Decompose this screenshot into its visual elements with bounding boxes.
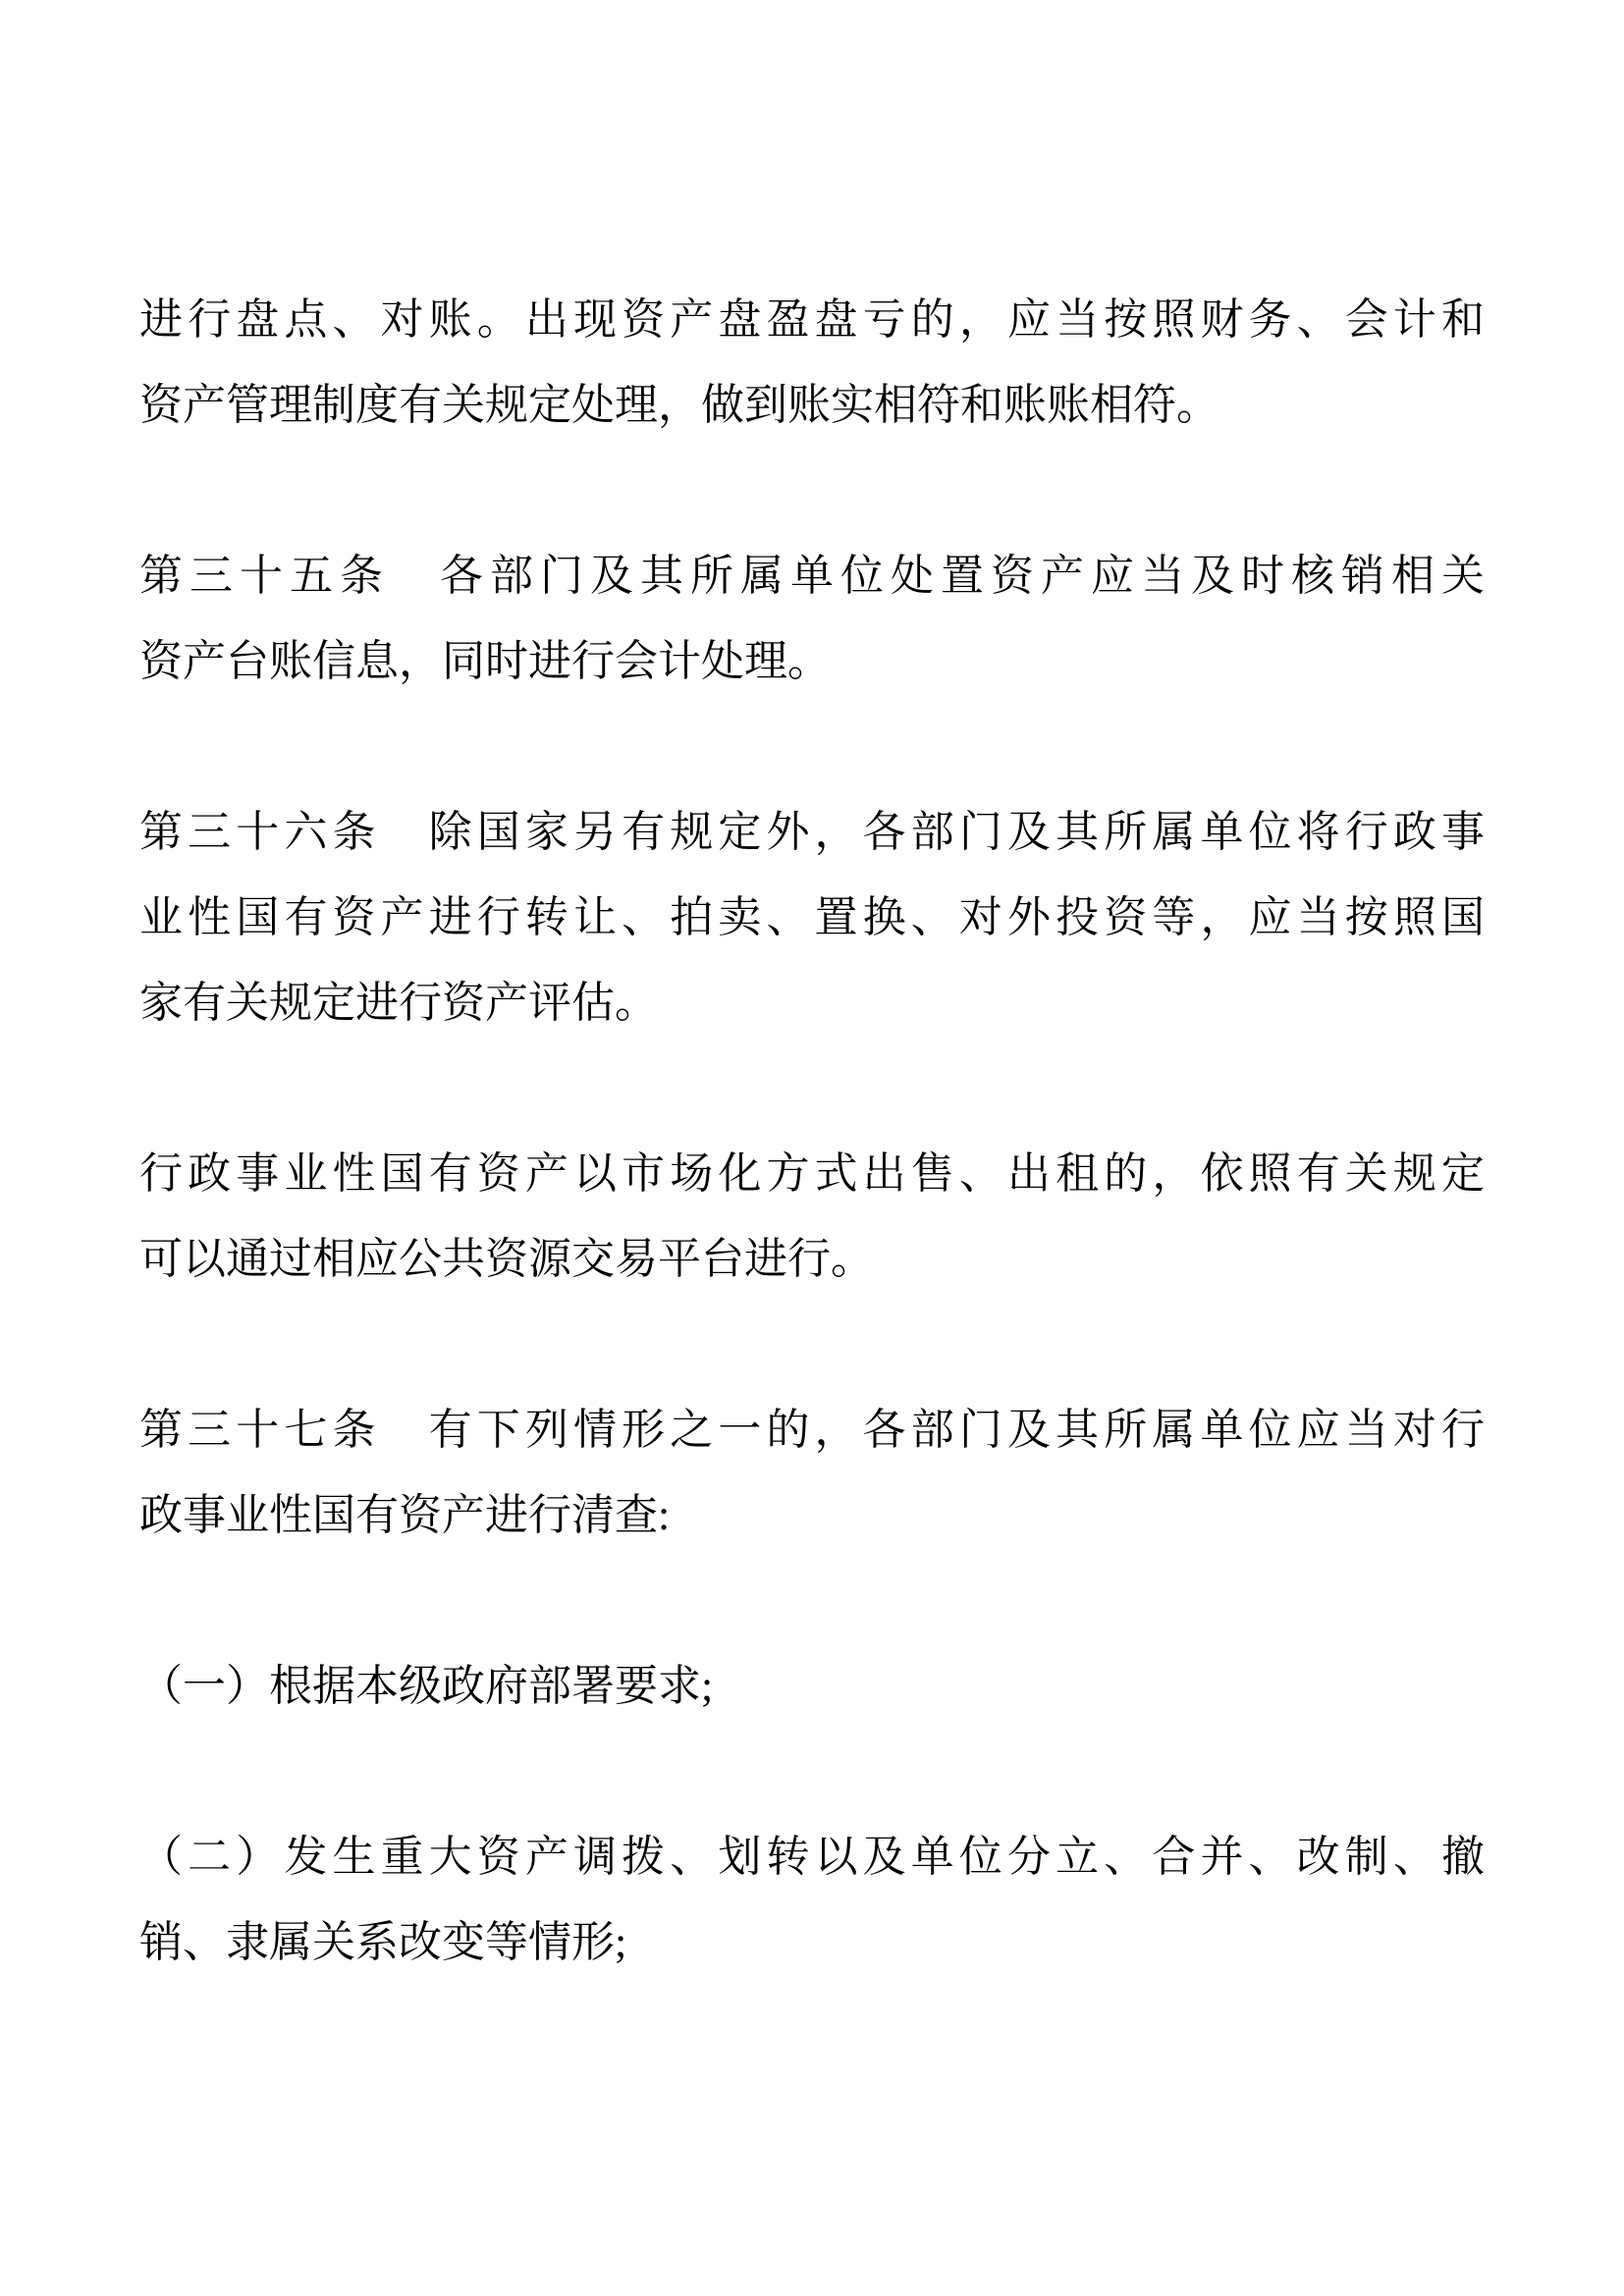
- document-page: 进行盘点、对账。出现资产盘盈盘亏的，应当按照财务、会计和资产管理制度有关规定处理…: [0, 0, 1624, 2296]
- text-line: （一）根据本级政府部署要求;: [139, 1643, 1485, 1729]
- article-36-paragraph-2: 行政事业性国有资产以市场化方式出售、出租的，依照有关规定可以通过相应公共资源交易…: [139, 1131, 1485, 1302]
- text-line: 行政事业性国有资产以市场化方式出售、出租的，依照有关规定: [139, 1131, 1485, 1216]
- text-line: 进行盘点、对账。出现资产盘盈盘亏的，应当按照财务、会计和: [139, 277, 1485, 362]
- text-line: 第三十五条 各部门及其所属单位处置资产应当及时核销相关: [139, 533, 1485, 618]
- text-line: 政事业性国有资产进行清查:: [139, 1472, 1485, 1558]
- article-37-item-1: （一）根据本级政府部署要求;: [139, 1643, 1485, 1729]
- text-line: 资产台账信息，同时进行会计处理。: [139, 618, 1485, 704]
- document-content: 进行盘点、对账。出现资产盘盈盘亏的，应当按照财务、会计和资产管理制度有关规定处理…: [139, 277, 1485, 1985]
- article-37-item-2: （二）发生重大资产调拨、划转以及单位分立、合并、改制、撤销、隶属关系改变等情形;: [139, 1814, 1485, 1985]
- text-line: （二）发生重大资产调拨、划转以及单位分立、合并、改制、撤: [139, 1814, 1485, 1899]
- text-line: 家有关规定进行资产评估。: [139, 960, 1485, 1045]
- text-line: 第三十六条 除国家另有规定外，各部门及其所属单位将行政事: [139, 789, 1485, 875]
- article-35: 第三十五条 各部门及其所属单位处置资产应当及时核销相关资产台账信息，同时进行会计…: [139, 533, 1485, 704]
- article-36: 第三十六条 除国家另有规定外，各部门及其所属单位将行政事业性国有资产进行转让、拍…: [139, 789, 1485, 1045]
- text-line: 可以通过相应公共资源交易平台进行。: [139, 1216, 1485, 1302]
- text-line: 资产管理制度有关规定处理，做到账实相符和账账相符。: [139, 362, 1485, 448]
- article-37: 第三十七条 有下列情形之一的，各部门及其所属单位应当对行政事业性国有资产进行清查…: [139, 1387, 1485, 1558]
- text-line: 销、隶属关系改变等情形;: [139, 1899, 1485, 1985]
- text-line: 业性国有资产进行转让、拍卖、置换、对外投资等，应当按照国: [139, 875, 1485, 960]
- text-line: 第三十七条 有下列情形之一的，各部门及其所属单位应当对行: [139, 1387, 1485, 1472]
- paragraph-continuation: 进行盘点、对账。出现资产盘盈盘亏的，应当按照财务、会计和资产管理制度有关规定处理…: [139, 277, 1485, 448]
